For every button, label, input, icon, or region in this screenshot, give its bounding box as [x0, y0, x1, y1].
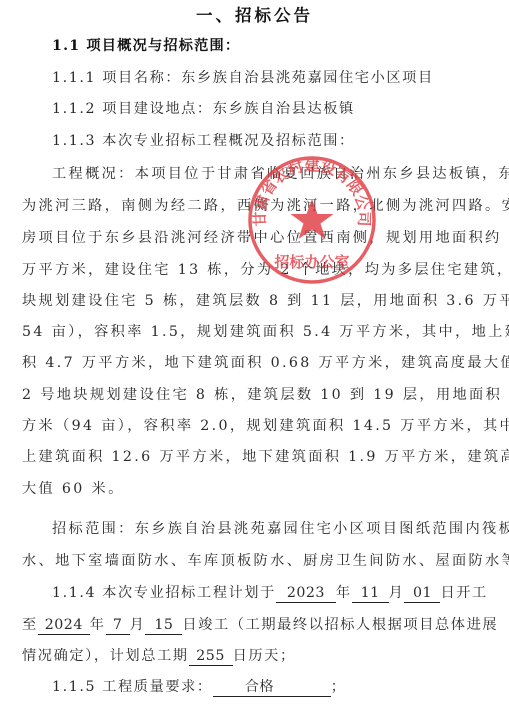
end-year-field: 2024: [38, 617, 90, 635]
schedule-line-3: 情况确定），计划总工期255日历天；: [22, 646, 482, 666]
to-label: 至: [22, 617, 38, 633]
overview-line: 万平方米，建设住宅 13 栋，分为 2 个地块，均为多层住宅建筑，1 号地: [22, 260, 482, 280]
end-day-field: 15: [145, 617, 182, 635]
duration-suffix: 日历天；: [233, 648, 296, 664]
start-year-field: 2023: [276, 585, 336, 603]
overview-line: 房项目位于东乡县沿洮河经济带中心位置西南侧，规划用地面积约 9.9: [22, 228, 482, 248]
overview-line: 大值 60 米。: [22, 479, 482, 499]
year-label: 年: [336, 585, 352, 601]
page-title: 一、招标公告: [0, 2, 509, 26]
overview-line: 工程概况：本项目位于甘肃省临夏回族自治州东乡县达板镇，东侧: [52, 164, 509, 184]
overview-line: 上建筑面积 12.6 万平方米，地下建筑面积 1.9 万平方米，建筑高度最: [22, 447, 482, 467]
month-label: 月: [389, 585, 405, 601]
project-location: 1.1.2 项目建设地点：东乡族自治县达板镇: [52, 99, 509, 119]
duration-prefix: 情况确定），计划总工期: [22, 648, 189, 664]
quality-suffix: ；: [331, 679, 347, 695]
end-month-field: 7: [106, 617, 130, 635]
scope-line: 招标范围：东乡族自治县洮苑嘉园住宅小区项目图纸范围内筏板防: [52, 519, 509, 539]
scope-line: 水、地下室墙面防水、车库顶板防水、厨房卫生间防水、屋面防水等。: [22, 551, 482, 571]
quality-label: 1.1.5 工程质量要求：: [52, 679, 213, 695]
overview-line: 方米（94 亩），容积率 2.0，规划建筑面积 14.5 万平方米，其中，地: [22, 416, 482, 436]
duration-field: 255: [189, 648, 233, 666]
overview-line: 为洮河三路，南侧为经二路，西侧为洮河一路，北侧为洮河四路。安置: [22, 196, 482, 216]
year-label: 年: [90, 617, 106, 633]
quality-value: 合格: [245, 679, 274, 695]
start-month-field: 11: [352, 585, 389, 603]
section-heading-1-1: 1.1 项目概况与招标范围：: [52, 36, 509, 56]
schedule-prefix: 1.1.4 本次专业招标工程计划于: [52, 585, 276, 601]
project-name: 1.1.1 项目名称：东乡族自治县洮苑嘉园住宅小区项目: [52, 68, 509, 88]
scope-heading: 1.1.3 本次专业招标工程概况及招标范围：: [52, 131, 509, 151]
schedule-line-2: 至2024年7月15日竣工（工期最终以招标人根据项目总体进展: [22, 615, 482, 635]
end-suffix: 日竣工（工期最终以招标人根据项目总体进展: [182, 617, 498, 633]
overview-line: 2 号地块规划建设住宅 8 栋，建筑层数 10 到 19 层，用地面积 6.3 …: [22, 385, 482, 405]
start-suffix: 日开工: [440, 585, 487, 601]
month-label: 月: [130, 617, 146, 633]
overview-line: 块规划建设住宅 5 栋，建筑层数 8 到 11 层，用地面积 3.6 万平方米（…: [22, 291, 482, 311]
quality-field: 合格: [213, 679, 331, 697]
document-page: 一、招标公告 1.1 项目概况与招标范围： 1.1.1 项目名称：东乡族自治县洮…: [0, 0, 509, 706]
start-day-field: 01: [404, 585, 440, 603]
overview-line: 积 4.7 万平方米，地下建筑面积 0.68 万平方米，建筑高度最大值 35 米…: [22, 353, 482, 373]
quality-requirement: 1.1.5 工程质量要求：合格；: [52, 677, 509, 697]
overview-line: 54 亩），容积率 1.5，规划建筑面积 5.4 万平方米，其中，地上建筑面: [22, 322, 482, 342]
schedule-line-1: 1.1.4 本次专业招标工程计划于2023年11月01日开工: [52, 583, 509, 603]
